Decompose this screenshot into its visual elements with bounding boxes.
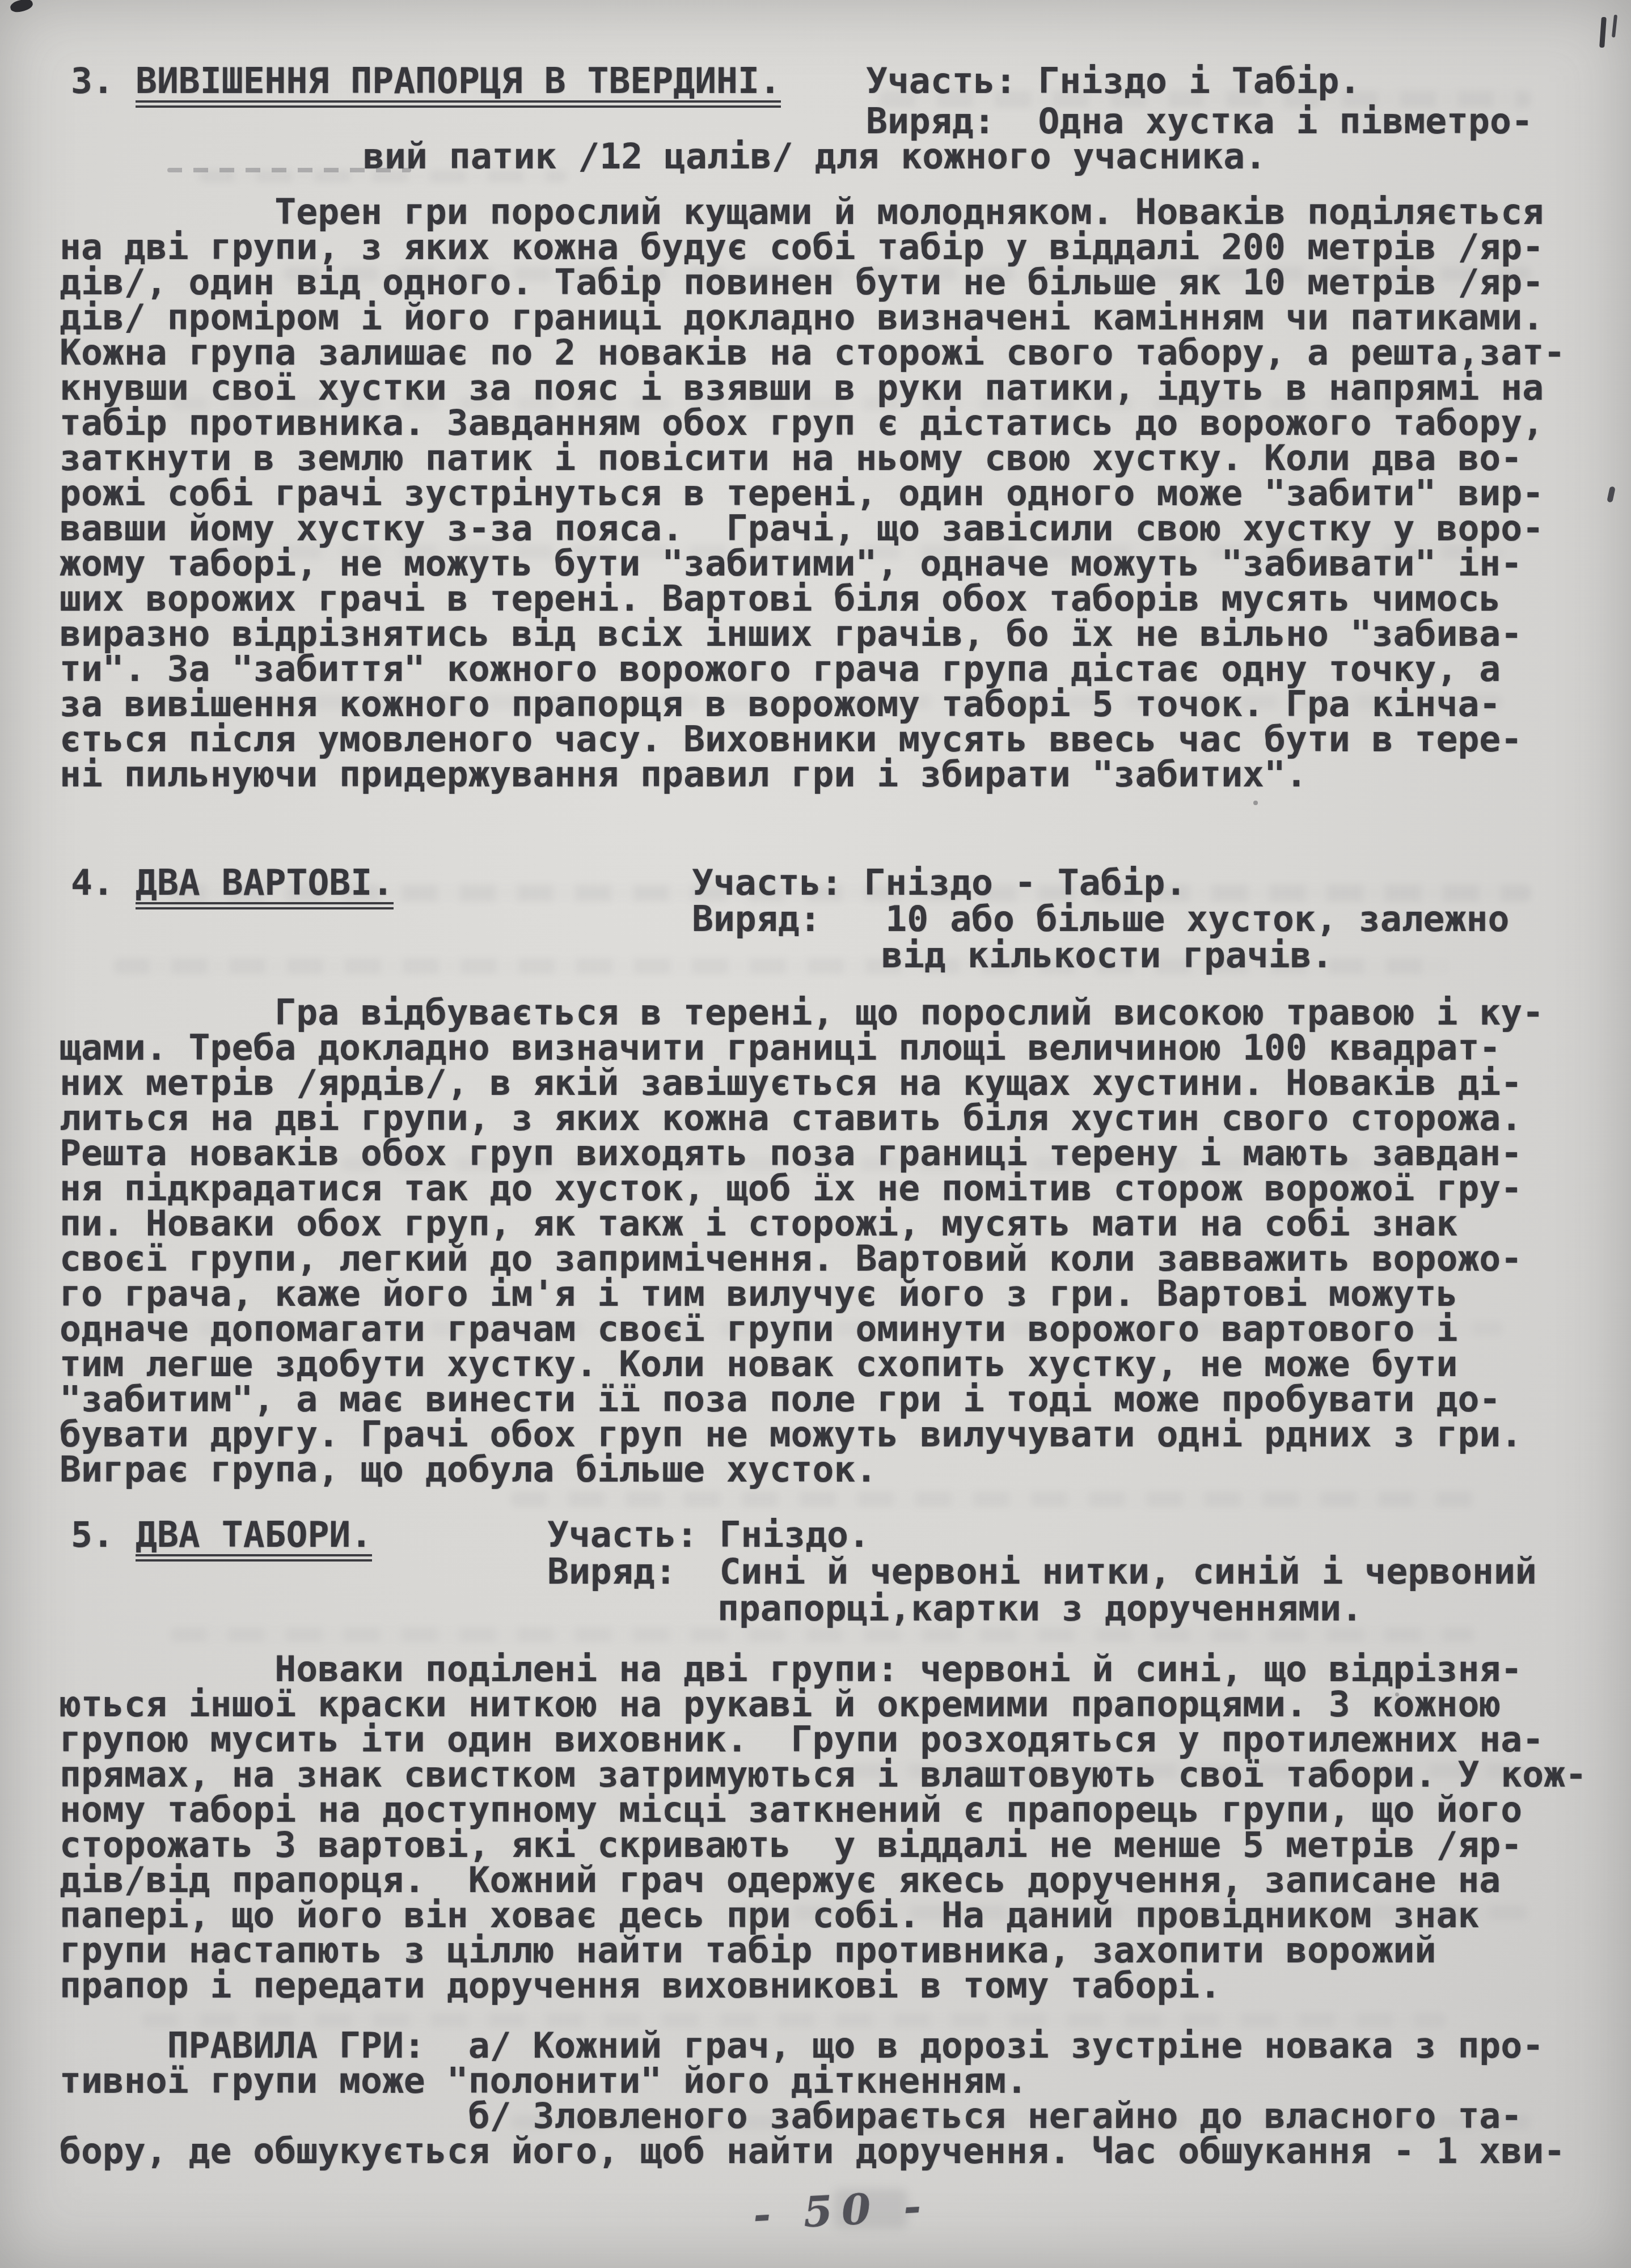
section-5-number: 5.: [71, 1517, 114, 1552]
section-4-equipment-continuation: від кількости грачів.: [881, 938, 1333, 973]
text-line: заткнути в землю патик і повісити на ньо…: [60, 441, 1565, 476]
text-line: ному таборі на доступному місці заткнени…: [60, 1792, 1587, 1827]
page-number: - 50 -: [752, 2182, 931, 2240]
bleed-through-artifact: [170, 1627, 1474, 1642]
text-line: сторожать 3 вартові, які скривають у від…: [60, 1827, 1587, 1863]
text-line: одначе допомагати грачам своєї групи оми…: [60, 1311, 1544, 1347]
text-line: кнувши свої хустки за пояс і взявши в ру…: [60, 370, 1565, 405]
text-line: тивної групи може "полонити" його діткне…: [60, 2063, 1565, 2098]
section-4-equipment: Виряд: 10 або більше хусток, залежно: [692, 902, 1509, 937]
text-line: вавши йому хустку з-за пояса. Грачі, що …: [60, 511, 1565, 546]
text-line: дів/, один від одного. Табір повинен бут…: [60, 265, 1565, 300]
text-line: ються іншої краски ниткою на рукаві й ок…: [60, 1687, 1587, 1722]
text-line: ється після умовленого часу. Виховники м…: [60, 722, 1565, 757]
text-line: го грача, каже його ім'я і тим вилучує й…: [60, 1276, 1544, 1311]
text-line: ти". За "забиття" кожного ворожого грача…: [60, 651, 1565, 687]
text-line: виразно відрізнятись від всіх інших грач…: [60, 616, 1565, 651]
text-line: дів/ проміром і його границі докладно ви…: [60, 300, 1565, 335]
text-line: табір противника. Завданням обох груп є …: [60, 405, 1565, 441]
text-line: рожі собі грачі зустрінуться в терені, о…: [60, 476, 1565, 511]
section-3-description: Терен гри порослий кущами й молодняком. …: [60, 194, 1565, 792]
text-line: жому таборі, не можуть бути "забитими", …: [60, 546, 1565, 581]
edge-mark-artifact: [1599, 17, 1607, 48]
text-line: тим легше здобути хустку. Коли новак схо…: [60, 1347, 1544, 1382]
section-4-description: Гра відбувається в терені, що порослий в…: [60, 995, 1544, 1487]
text-line: Гра відбувається в терені, що порослий в…: [60, 995, 1544, 1030]
bleed-through-artifact: [510, 1491, 1474, 1507]
section-4-title: ДВА ВАРТОВІ.: [136, 865, 394, 909]
text-line: за вивішення кожного прапорця в ворожому…: [60, 687, 1565, 722]
text-line: ня підкрадатися так до хусток, щоб їх не…: [60, 1171, 1544, 1206]
text-line: прямах, на знак свистком затримуються і …: [60, 1757, 1587, 1792]
text-line: "забитим", а має винести її поза поле гр…: [60, 1382, 1544, 1417]
section-5-equipment-continuation: прапорці,картки з дорученнями.: [717, 1591, 1363, 1626]
margin-tick-artifact: [1607, 486, 1616, 502]
section-3-number: 3.: [71, 64, 114, 99]
text-line: б/ Зловленого забирається негайно до вла…: [60, 2098, 1565, 2134]
section-5-participants: Участь: Гніздо.: [547, 1517, 870, 1552]
text-line: щами. Треба докладно визначити границі п…: [60, 1030, 1544, 1065]
text-line: Виграє група, що добула більше хусток.: [60, 1452, 1544, 1487]
section-4-participants: Участь: Гніздо - Табір.: [692, 865, 1186, 900]
text-line: на дві групи, з яких кожна будує собі та…: [60, 230, 1565, 265]
section-3-equipment-continuation: вий патик /12 цалів/ для кожного учасник…: [363, 139, 1266, 174]
text-line: бувати другу. Грачі обох груп не можуть …: [60, 1417, 1544, 1452]
game-rules-paragraph: ПРАВИЛА ГРИ: а/ Кожний грач, що в дорозі…: [60, 2028, 1565, 2169]
text-line: прапор і передати доручення виховникові …: [60, 1968, 1587, 2003]
text-line: Кожна група залишає по 2 новаків на стор…: [60, 335, 1565, 370]
section-3-equipment: Виряд: Одна хустка і півметро-: [866, 104, 1533, 139]
text-line: Решта новаків обох груп виходять поза гр…: [60, 1136, 1544, 1171]
text-line: дів/від прапорця. Кожний грач одержує як…: [60, 1863, 1587, 1898]
scanned-document-page: 3. ВИВІШЕННЯ ПРАПОРЦЯ В ТВЕРДИНІ. Участь…: [0, 0, 1631, 2268]
edge-mark-artifact: [1612, 15, 1617, 37]
section-5-title: ДВА ТАБОРИ.: [136, 1517, 372, 1562]
text-line: Терен гри порослий кущами й молодняком. …: [60, 194, 1565, 230]
text-line: папері, що його він ховає десь при собі.…: [60, 1898, 1587, 1933]
text-line: своєї групи, легкий до запримічення. Вар…: [60, 1241, 1544, 1276]
paper-speck: [1253, 801, 1258, 805]
section-5-description: Новаки поділені на дві групи: червоні й …: [60, 1652, 1587, 2003]
text-line: бору, де обшукується його, щоб найти дор…: [60, 2134, 1565, 2169]
text-line: литься на дві групи, з яких кожна ставит…: [60, 1101, 1544, 1136]
corner-smudge-artifact: [9, 0, 34, 14]
text-line: пи. Новаки обох груп, як такж і сторожі,…: [60, 1206, 1544, 1241]
text-line: ПРАВИЛА ГРИ: а/ Кожний грач, що в дорозі…: [60, 2028, 1565, 2063]
text-line: групою мусить іти один виховник. Групи р…: [60, 1722, 1587, 1757]
text-line: Новаки поділені на дві групи: червоні й …: [60, 1652, 1587, 1687]
text-line: ших ворожих грачі в терені. Вартові біля…: [60, 581, 1565, 616]
section-5-equipment: Виряд: Сині й червоні нитки, синій і чер…: [547, 1554, 1537, 1589]
section-3-participants: Участь: Гніздо і Табір.: [866, 64, 1360, 99]
section-3-title: ВИВІШЕННЯ ПРАПОРЦЯ В ТВЕРДИНІ.: [136, 64, 781, 108]
text-line: них метрів /ярдів/, в якій завішується н…: [60, 1065, 1544, 1101]
text-line: ні пильнуючи придержування правил гри і …: [60, 757, 1565, 792]
text-line: групи настапють з ціллю найти табір прот…: [60, 1933, 1587, 1968]
section-4-number: 4.: [71, 865, 114, 900]
